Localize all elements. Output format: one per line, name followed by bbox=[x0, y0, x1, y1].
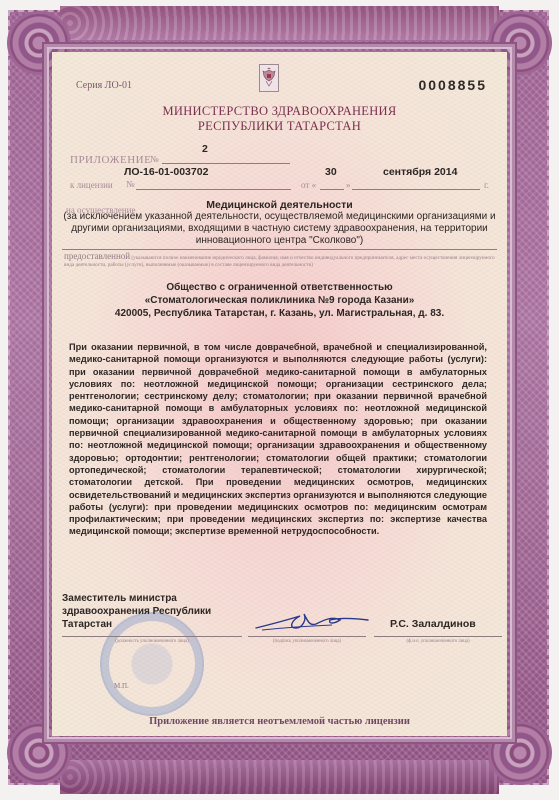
paper-area: Серия ЛО-01 0008855 МИНИСТЕРСТВО ЗДРАВОО… bbox=[52, 52, 507, 736]
provided-label: предоставленной bbox=[64, 251, 130, 261]
signature-caption: (подпись уполномоченного лица) bbox=[248, 639, 366, 644]
signatory-position: Заместитель министра здравоохранения Рес… bbox=[62, 592, 211, 631]
license-close-quote: » bbox=[346, 180, 351, 190]
ministry-title-line1: МИНИСТЕРСТВО ЗДРАВООХРАНЕНИЯ bbox=[52, 104, 507, 119]
appendix-number-line bbox=[162, 163, 290, 164]
stamp-place-label: М.П. bbox=[114, 682, 129, 690]
license-day-line bbox=[320, 189, 344, 190]
license-month-year-value: сентября 2014 bbox=[383, 166, 457, 178]
license-month-line bbox=[352, 189, 480, 190]
appendix-no-label: № bbox=[150, 154, 159, 164]
activity-underline bbox=[62, 249, 497, 250]
signatory-position-line3: Татарстан bbox=[62, 618, 211, 631]
license-appendix-document: Серия ЛО-01 0008855 МИНИСТЕРСТВО ЗДРАВОО… bbox=[0, 0, 559, 800]
activity-exclusion-note: (за исключением указанной деятельности, … bbox=[62, 211, 497, 247]
name-line bbox=[374, 636, 502, 637]
coat-of-arms-icon bbox=[259, 64, 279, 92]
license-day-value: 30 bbox=[325, 166, 337, 178]
services-description: При оказании первичной, в том числе довр… bbox=[69, 341, 487, 538]
position-caption: (должность уполномоченного лица) bbox=[62, 639, 242, 644]
license-label: к лицензии bbox=[70, 180, 113, 190]
ministry-title-line2: РЕСПУБЛИКИ ТАТАРСТАН bbox=[52, 119, 507, 134]
signatory-position-line1: Заместитель министра bbox=[62, 592, 211, 605]
signatory-name: Р.С. Залалдинов bbox=[390, 618, 476, 630]
license-from-label: от « bbox=[301, 180, 316, 190]
appendix-label: ПРИЛОЖЕНИЕ bbox=[70, 154, 151, 166]
activity-title: Медицинской деятельности bbox=[52, 199, 507, 211]
license-year-suffix: г. bbox=[484, 180, 489, 190]
provided-label-block: предоставленной (указываются полное наим… bbox=[64, 253, 499, 268]
footer-note: Приложение является неотъемлемой частью … bbox=[52, 716, 507, 727]
name-caption: (ф.и.о. уполномоченного лица) bbox=[374, 639, 502, 644]
organization-address: 420005, Республика Татарстан, г. Казань,… bbox=[52, 307, 507, 320]
license-no-label: № bbox=[126, 179, 135, 189]
appendix-number-value: 2 bbox=[202, 143, 208, 155]
series-label: Серия ЛО-01 bbox=[76, 80, 132, 91]
position-line bbox=[62, 636, 242, 637]
signature-line bbox=[248, 636, 366, 637]
signatory-position-line2: здравоохранения Республики bbox=[62, 605, 211, 618]
license-number-line bbox=[136, 189, 291, 190]
form-serial-number: 0008855 bbox=[418, 77, 487, 93]
border-band-bottom bbox=[60, 760, 499, 794]
ministry-title: МИНИСТЕРСТВО ЗДРАВООХРАНЕНИЯ РЕСПУБЛИКИ … bbox=[52, 104, 507, 134]
license-number-value: ЛО-16-01-003702 bbox=[124, 166, 208, 178]
organization-name: «Стоматологическая поликлиника №9 города… bbox=[52, 294, 507, 307]
border-band-top bbox=[60, 6, 499, 40]
organization-type: Общество с ограниченной ответственностью bbox=[52, 281, 507, 294]
organization-block: Общество с ограниченной ответственностью… bbox=[52, 281, 507, 320]
